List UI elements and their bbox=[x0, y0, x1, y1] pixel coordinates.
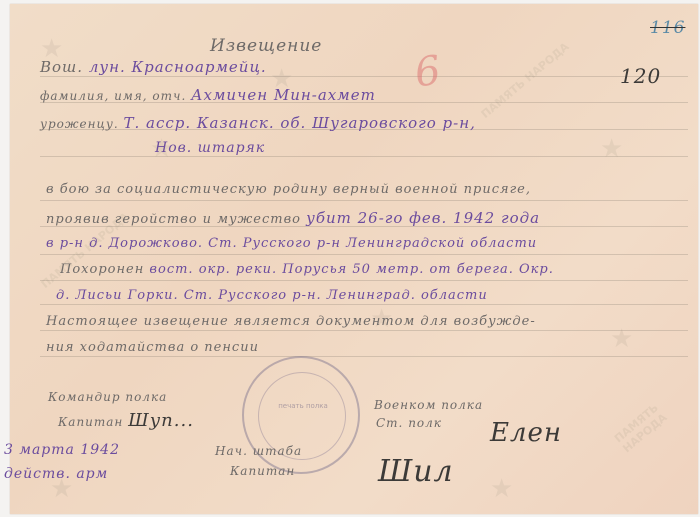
line-name: фамилия, имя, отч. Ахмичен Мин-ахмет bbox=[40, 86, 376, 104]
line-village: Нов. штаряк bbox=[155, 140, 265, 156]
line-burial-village: д. Лисьи Горки. Ст. Русского р-н. Ленинг… bbox=[56, 288, 488, 303]
line-rank: Вош. лун. Красноармейц. bbox=[40, 58, 267, 76]
line-killed: проявив геройство и мужество убит 26-го … bbox=[46, 209, 540, 227]
watermark: ПАМЯТЬ НАРОДА bbox=[612, 379, 696, 455]
commissar-rank: Ст. полк bbox=[376, 416, 442, 430]
commander-title: Командир полка bbox=[48, 390, 167, 404]
red-pencil-mark: 6 bbox=[412, 47, 444, 96]
line-oath: в бою за социалистическую родину верный … bbox=[46, 182, 531, 197]
document-page: ★ ★ ★ ★ ★ ★ ★ ★ ПАМЯТЬ НАРОДА ПАМЯТЬ НАР… bbox=[10, 4, 698, 514]
watermark-star-icon: ★ bbox=[490, 474, 513, 504]
document-title: Извещение bbox=[210, 36, 322, 56]
line-document-note: Настоящее извещение является документом … bbox=[46, 314, 536, 329]
commander-rank: Капитан Шуп... bbox=[58, 410, 194, 431]
watermark-star-icon: ★ bbox=[600, 134, 623, 164]
watermark-star-icon: ★ bbox=[610, 324, 633, 354]
old-number: 116 bbox=[650, 18, 685, 38]
line-birthplace: уроженцу. Т. асср. Казанск. об. Шугаровс… bbox=[40, 114, 476, 132]
line-pension: ния ходатайства о пенсии bbox=[46, 340, 259, 355]
chief-of-staff-signature: Шил bbox=[378, 454, 454, 489]
new-number: 120 bbox=[620, 64, 661, 88]
army-note: действ. арм bbox=[4, 466, 108, 482]
chief-of-staff-rank: Капитан bbox=[230, 464, 295, 478]
line-buried: Похоронен вост. окр. реки. Порусья 50 ме… bbox=[60, 262, 554, 277]
chief-of-staff-title: Нач. штаба bbox=[215, 444, 302, 458]
commissar-title: Военком полка bbox=[374, 398, 483, 412]
line-location: в р-н д. Дорожково. Ст. Русского р-н Лен… bbox=[46, 236, 537, 251]
commissar-signature: Елен bbox=[490, 418, 562, 448]
issue-date: 3 марта 1942 bbox=[4, 442, 120, 458]
watermark: ПАМЯТЬ НАРОДА bbox=[479, 40, 572, 121]
